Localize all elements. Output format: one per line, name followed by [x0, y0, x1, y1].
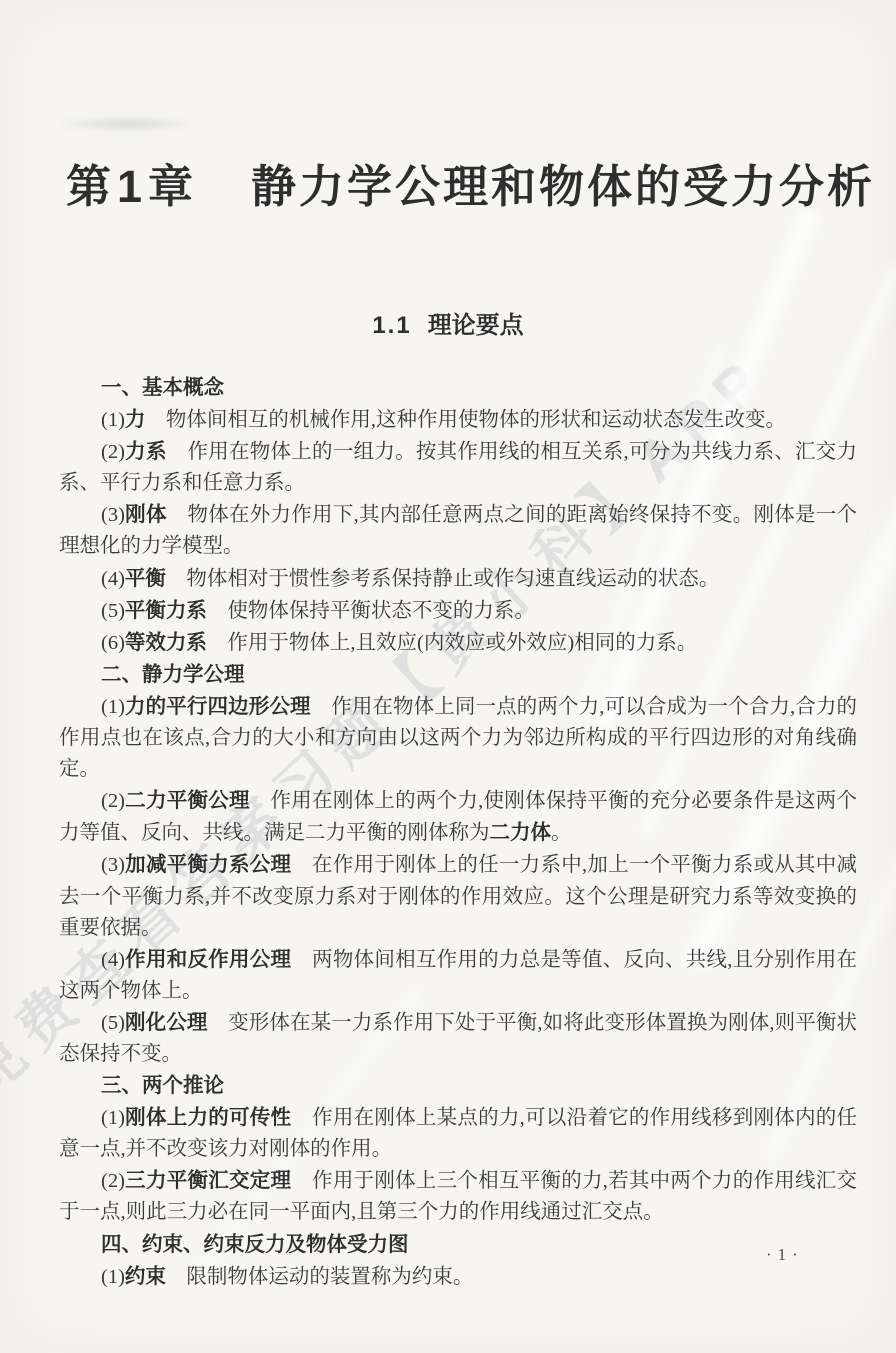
- text-run: 使物体保持平衡状态不变的力系。: [207, 600, 535, 622]
- paragraph: (1)刚体上力的可传性 作用在刚体上某点的力,可以沿着它的作用线移到刚体内的任意…: [59, 1102, 857, 1165]
- text-run: 物体相对于惯性参考系保持静止或作匀速直线运动的状态。: [166, 568, 720, 590]
- paragraph: (1)约束 限制物体运动的装置称为约束。: [59, 1261, 857, 1293]
- term-run: 等效力系: [125, 631, 207, 654]
- book-page: 免费查看答案习题【黄小科】APP 第1章静力学公理和物体的受力分析 1.1理论要…: [0, 0, 896, 1353]
- section-number: 1.1: [372, 312, 411, 339]
- text-run: (1): [101, 1266, 125, 1288]
- text-run: (2): [101, 441, 125, 463]
- section-heading: 一、基本概念: [59, 372, 857, 404]
- text-run: (1): [101, 1107, 125, 1129]
- text-run: 。: [551, 822, 572, 844]
- paragraph: (4)作用和反作用公理 两物体间相互作用的力总是等值、反向、共线,且分别作用在这…: [59, 944, 857, 1007]
- term-run: 刚体: [125, 503, 167, 526]
- term-run: 力: [125, 408, 146, 431]
- term-run: 平衡力系: [125, 599, 207, 622]
- text-run: 限制物体运动的装置称为约束。: [166, 1266, 474, 1288]
- text-run: (6): [101, 632, 125, 654]
- term-run: 二力体: [490, 821, 552, 844]
- chapter-name: 静力学公理和物体的受力分析: [251, 161, 875, 212]
- paragraph: (5)平衡力系 使物体保持平衡状态不变的力系。: [59, 595, 857, 627]
- term-run: 四、约束、约束反力及物体受力图: [101, 1233, 409, 1256]
- term-run: 三力平衡汇交定理: [125, 1169, 291, 1192]
- text-run: (1): [101, 409, 125, 431]
- paragraph: (5)刚化公理 变形体在某一力系作用下处于平衡,如将此变形体置换为刚体,则平衡状…: [59, 1007, 857, 1070]
- text-run: (5): [101, 600, 125, 622]
- paragraph: (2)力系 作用在物体上的一组力。按其作用线的相互关系,可分为共线力系、汇交力系…: [59, 436, 857, 499]
- text-run: (3): [101, 504, 125, 526]
- chapter-title: 第1章静力学公理和物体的受力分析: [66, 150, 856, 215]
- term-run: 二力平衡公理: [125, 789, 250, 812]
- paragraph: (4)平衡 物体相对于惯性参考系保持静止或作匀速直线运动的状态。: [59, 563, 857, 595]
- term-run: 平衡: [125, 567, 166, 590]
- paragraph: (6)等效力系 作用于物体上,且效应(内效应或外效应)相同的力系。: [59, 627, 857, 659]
- term-run: 力的平行四边形公理: [125, 695, 311, 718]
- page-number: ·1·: [766, 1245, 804, 1265]
- section-name: 理论要点: [428, 312, 524, 339]
- text-run: (5): [101, 1012, 125, 1034]
- paragraph: (1)力 物体间相互的机械作用,这种作用使物体的形状和运动状态发生改变。: [59, 404, 857, 436]
- paragraph: (1)力的平行四边形公理 作用在物体上同一点的两个力,可以合成为一个合力,合力的…: [59, 691, 857, 785]
- text-run: (4): [101, 568, 125, 590]
- term-run: 刚化公理: [125, 1011, 208, 1034]
- paragraph: (2)二力平衡公理 作用在刚体上的两个力,使刚体保持平衡的充分必要条件是这两个力…: [59, 785, 857, 849]
- text-run: (3): [101, 854, 125, 876]
- section-heading: 四、约束、约束反力及物体受力图: [59, 1229, 857, 1261]
- term-run: 二、静力学公理: [101, 663, 245, 686]
- body-text: 一、基本概念(1)力 物体间相互的机械作用,这种作用使物体的形状和运动状态发生改…: [59, 372, 857, 1293]
- term-run: 力系: [125, 440, 167, 463]
- term-run: 一、基本概念: [101, 376, 224, 399]
- paragraph: (2)三力平衡汇交定理 作用于刚体上三个相互平衡的力,若其中两个力的作用线汇交于…: [59, 1165, 857, 1228]
- paragraph: (3)刚体 物体在外力作用下,其内部任意两点之间的距离始终保持不变。刚体是一个理…: [59, 499, 857, 562]
- text-run: 物体在外力作用下,其内部任意两点之间的距离始终保持不变。刚体是一个理想化的力学模…: [59, 504, 857, 557]
- text-run: 物体间相互的机械作用,这种作用使物体的形状和运动状态发生改变。: [145, 409, 786, 431]
- term-run: 三、两个推论: [101, 1074, 224, 1097]
- text-run: (1): [101, 696, 125, 718]
- chapter-number: 第1章: [66, 161, 199, 212]
- term-run: 约束: [125, 1265, 166, 1288]
- scan-smudge: [52, 116, 202, 132]
- text-run: 作用于物体上,且效应(内效应或外效应)相同的力系。: [207, 632, 697, 654]
- term-run: 加减平衡力系公理: [125, 853, 291, 876]
- section-heading: 二、静力学公理: [59, 659, 857, 691]
- text-run: 作用在物体上的一组力。按其作用线的相互关系,可分为共线力系、汇交力系、平行力系和…: [59, 441, 857, 494]
- term-run: 刚体上力的可传性: [125, 1106, 291, 1129]
- paragraph: (3)加减平衡力系公理 在作用于刚体上的任一力系中,加上一个平衡力系或从其中减去…: [59, 849, 857, 943]
- section-heading: 三、两个推论: [59, 1070, 857, 1102]
- text-run: (4): [101, 949, 125, 971]
- text-run: (2): [101, 1170, 125, 1192]
- section-title: 1.1理论要点: [0, 305, 896, 340]
- term-run: 作用和反作用公理: [125, 948, 291, 971]
- text-run: (2): [101, 790, 125, 812]
